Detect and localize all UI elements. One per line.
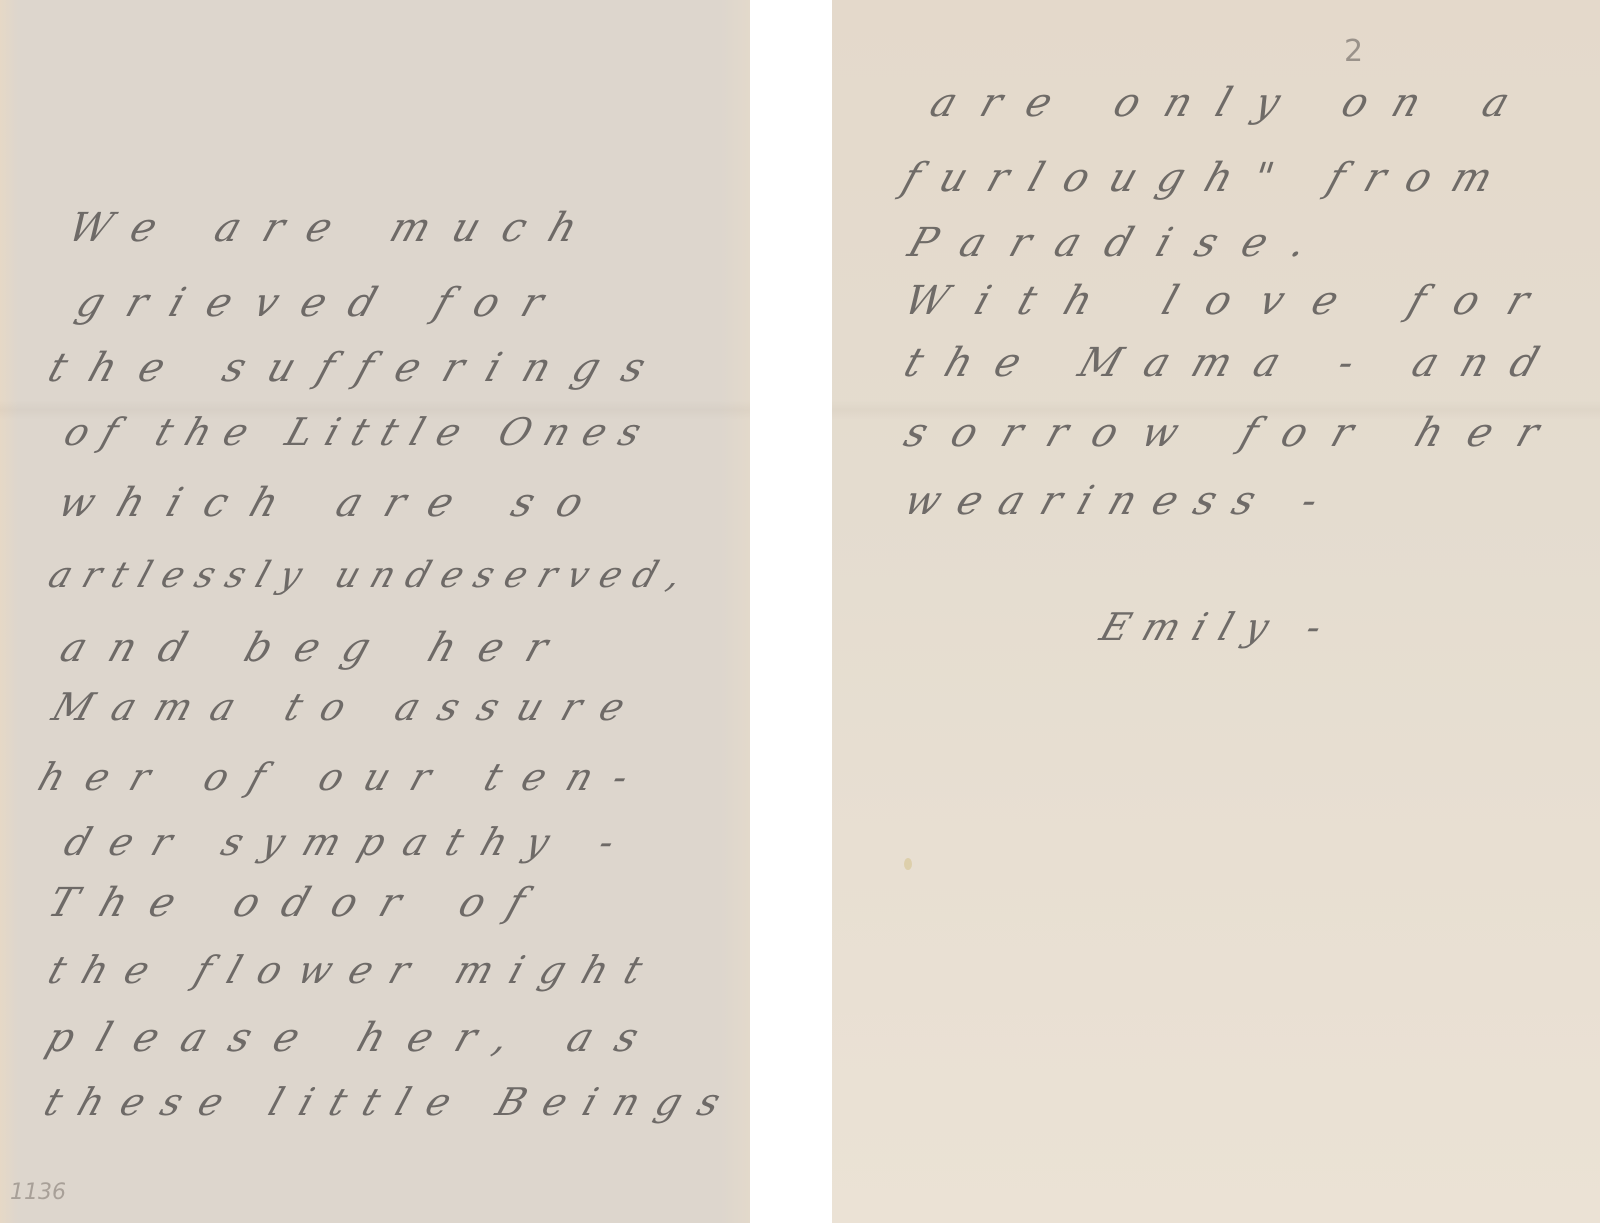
handwritten-line: We are much <box>63 205 607 251</box>
page-number: 2 <box>1344 34 1363 69</box>
handwritten-line: of the Little Ones <box>59 410 661 454</box>
handwritten-line: the Mama - and <box>899 340 1569 386</box>
handwritten-line: artlessly undeserved, <box>43 555 698 596</box>
manuscript-page-right: 2 are only on a furlough" from Paradise.… <box>832 0 1600 1223</box>
handwritten-line: and beg her <box>55 625 578 671</box>
handwritten-line: Paradise. <box>903 220 1339 266</box>
handwritten-line: grieved for <box>71 280 574 326</box>
handwritten-line: Mama to assure <box>47 685 651 729</box>
manuscript-page-left: We are much grieved for the sufferings o… <box>0 0 750 1223</box>
handwritten-line: her of our ten- <box>33 755 656 799</box>
handwritten-line: With love for <box>899 278 1566 324</box>
catalog-mark: 1136 <box>10 1180 66 1205</box>
handwritten-line: der sympathy - <box>59 820 640 864</box>
handwritten-line: sorrow for her <box>899 410 1571 456</box>
handwritten-line: are only on a <box>925 80 1542 126</box>
handwritten-line: weariness - <box>899 478 1342 524</box>
paper-stain <box>904 858 912 870</box>
signature: Emily - <box>1095 605 1342 649</box>
handwritten-line: furlough" from <box>897 155 1521 201</box>
handwritten-line: the flower might <box>43 948 666 992</box>
handwritten-line: the sufferings <box>43 345 676 391</box>
handwritten-line: please her, as <box>41 1015 669 1061</box>
handwritten-line: which are so <box>53 480 614 526</box>
handwritten-line: these little Beings <box>39 1080 744 1124</box>
handwritten-line: The odor of <box>43 880 555 926</box>
